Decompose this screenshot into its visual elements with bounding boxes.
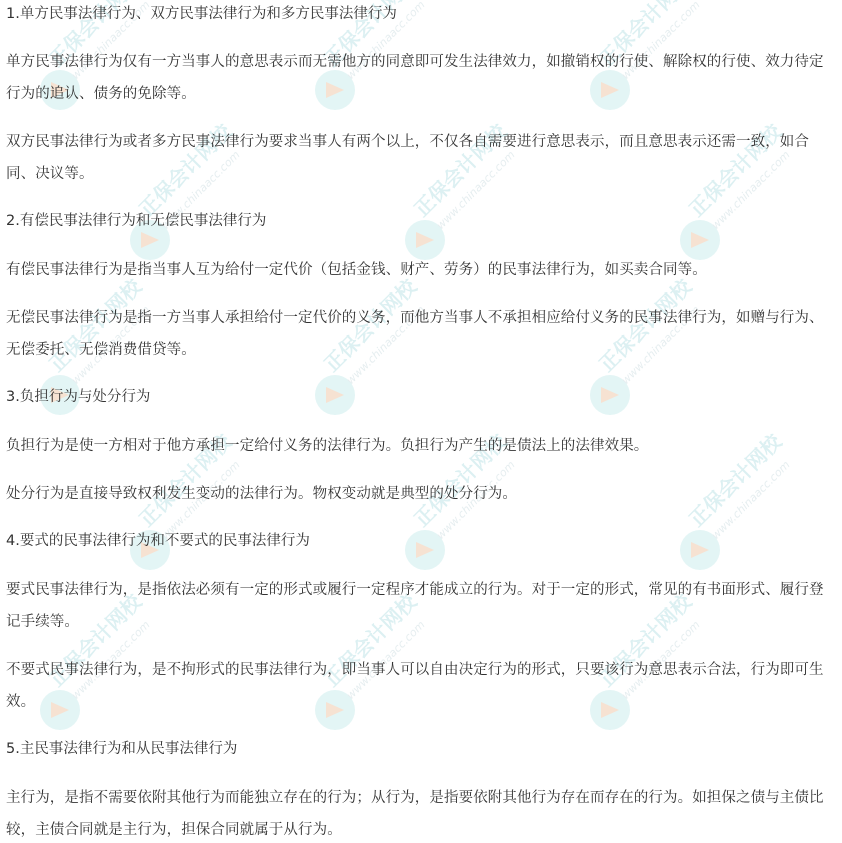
section-heading-1: 1.单方民事法律行为、双方民事法律行为和多方民事法律行为 — [6, 0, 397, 28]
section-3-paragraph-2: 处分行为是直接导致权利发生变动的法律行为。物权变动就是典型的处分行为。 — [6, 478, 517, 510]
section-heading-4: 4.要式的民事法律行为和不要式的民事法律行为 — [6, 527, 310, 555]
section-1-paragraph-2: 双方民事法律行为或者多方民事法律行为要求当事人有两个以上，不仅各自需要进行意思表… — [6, 126, 838, 190]
section-heading-3: 3.负担行为与处分行为 — [6, 383, 150, 411]
watermark-logo-icon — [315, 375, 355, 415]
watermark-logo-icon — [680, 530, 720, 570]
section-4-paragraph-2: 不要式民事法律行为，是不拘形式的民事法律行为，即当事人可以自由决定行为的形式，只… — [6, 654, 838, 718]
section-heading-2: 2.有偿民事法律行为和无偿民事法律行为 — [6, 207, 266, 235]
section-3-paragraph-1: 负担行为是使一方相对于他方承担一定给付义务的法律行为。负担行为产生的是债法上的法… — [6, 430, 648, 462]
section-heading-5: 5.主民事法律行为和从民事法律行为 — [6, 735, 237, 763]
section-5-paragraph-1: 主行为，是指不需要依附其他行为而能独立存在的行为；从行为，是指要依附其他行为存在… — [6, 782, 838, 843]
section-1-paragraph-1: 单方民事法律行为仅有一方当事人的意思表示而无需他方的同意即可发生法律效力，如撤销… — [6, 46, 838, 110]
watermark-logo-icon — [405, 530, 445, 570]
section-4-paragraph-1: 要式民事法律行为，是指依法必须有一定的形式或履行一定程序才能成立的行为。对于一定… — [6, 574, 838, 638]
section-2-paragraph-1: 有偿民事法律行为是指当事人互为给付一定代价（包括金钱、财产、劳务）的民事法律行为… — [6, 254, 707, 286]
section-2-paragraph-2: 无偿民事法律行为是指一方当事人承担给付一定代价的义务，而他方当事人不承担相应给付… — [6, 302, 838, 366]
watermark-logo-icon — [590, 375, 630, 415]
watermark: 正保会计网校www.chinaacc.com — [680, 440, 830, 570]
